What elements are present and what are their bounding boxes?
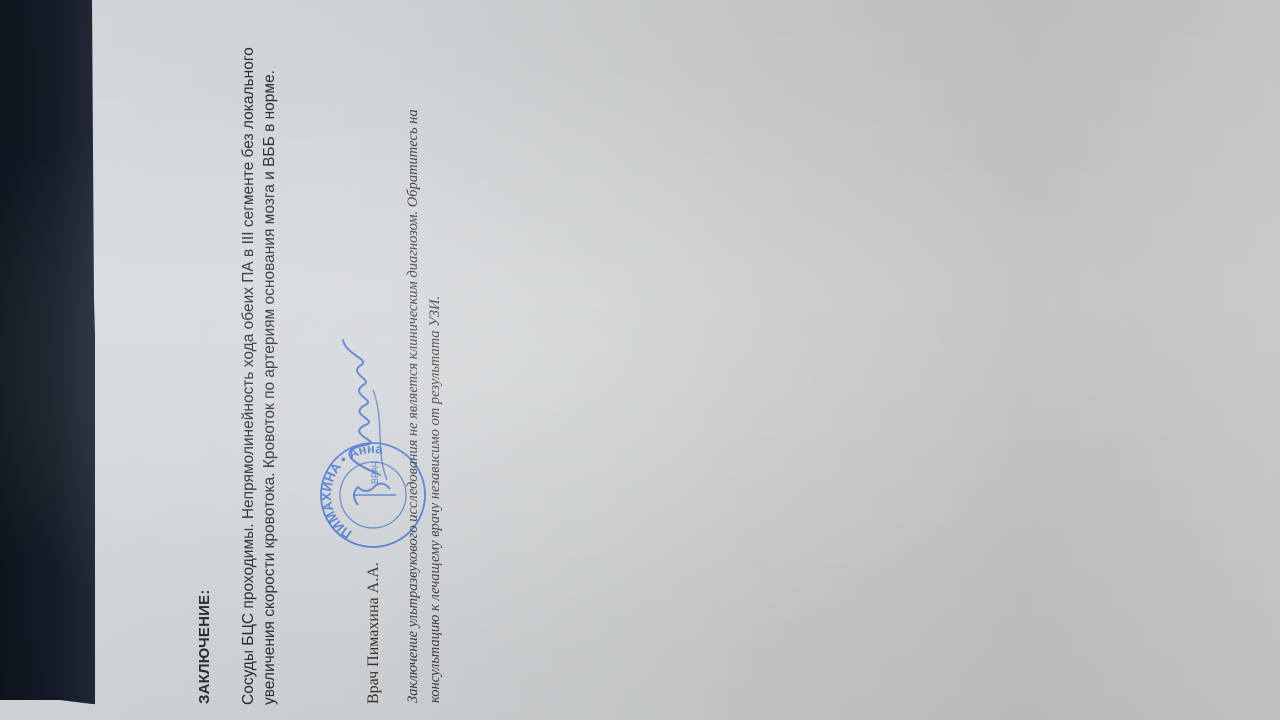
conclusion-text-line-2: увеличения скорости кровотока. Кровоток … xyxy=(261,70,279,705)
conclusion-heading: ЗАКЛЮЧЕНИЕ: xyxy=(196,589,213,704)
disclaimer-line-2: консультацию к лечащему врачу независимо… xyxy=(427,296,444,703)
document-page: ЗАКЛЮЧЕНИЕ: Сосуды БЦС проходимы. Непрям… xyxy=(0,0,1280,720)
conclusion-text-line-1: Сосуды БЦС проходимы. Непрямолинейность … xyxy=(240,47,258,705)
handwritten-signature-icon xyxy=(335,330,395,480)
doctor-signature-line: Врач Пимахина А.А. xyxy=(365,562,383,704)
disclaimer-line-1: Заключение ультразвукового исследования … xyxy=(405,109,422,703)
